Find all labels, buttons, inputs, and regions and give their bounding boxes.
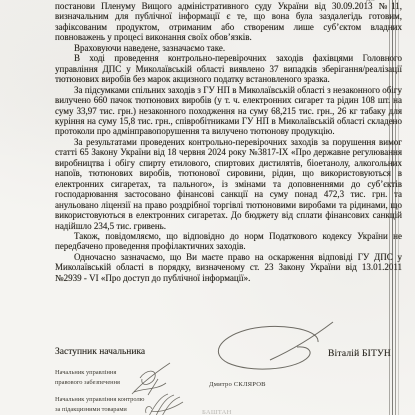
paragraph: В ході проведення контрольно-перевірочни… xyxy=(55,53,402,84)
signer-title-excise: Начальник управління контролю за підакци… xyxy=(55,395,144,414)
paragraph: Враховуючи наведене, зазначаємо таке. xyxy=(55,43,402,53)
paragraph: За результатами проведених контрольно-пе… xyxy=(55,137,402,231)
signature-excise-icon xyxy=(142,392,190,415)
paragraph: Одночасно зазначаємо, що Ви маєте право … xyxy=(55,252,402,283)
signature-deputy-icon xyxy=(200,320,340,380)
signer-name-excise-fragment: БАШТАН xyxy=(202,409,232,415)
signer-title-excise-line1: Начальник управління контролю xyxy=(55,395,144,405)
letter-body: постанови Пленуму Вищого адміністративно… xyxy=(55,1,402,283)
scan-artifact-line xyxy=(389,0,390,415)
paragraph-continuation: постанови Пленуму Вищого адміністративно… xyxy=(55,1,402,43)
scan-artifact-line xyxy=(398,0,399,415)
signer-name-deputy: Віталій БІТУН xyxy=(328,349,391,359)
paragraph: Також, повідомляємо, що відповідно до но… xyxy=(55,231,402,252)
signer-title-excise-line2: за підакцизними товарами xyxy=(55,405,144,415)
signer-name-legal: Дмитро СКЛЯРОВ xyxy=(209,381,266,388)
signer-title-legal: Начальник управління правового забезпече… xyxy=(55,368,120,387)
scanned-letter-page: до постанови Пленуму Вищого адміністрати… xyxy=(0,0,415,415)
scan-artifact-line xyxy=(395,0,396,415)
paragraph: За підсумками спільних заходів з ГУ НП в… xyxy=(55,85,402,137)
scan-artifact-line xyxy=(392,0,394,415)
signer-title-deputy: Заступник начальника xyxy=(55,347,145,357)
signer-title-legal-line1: Начальник управління xyxy=(55,368,120,378)
signer-title-legal-line2: правового забезпечення xyxy=(55,378,120,388)
